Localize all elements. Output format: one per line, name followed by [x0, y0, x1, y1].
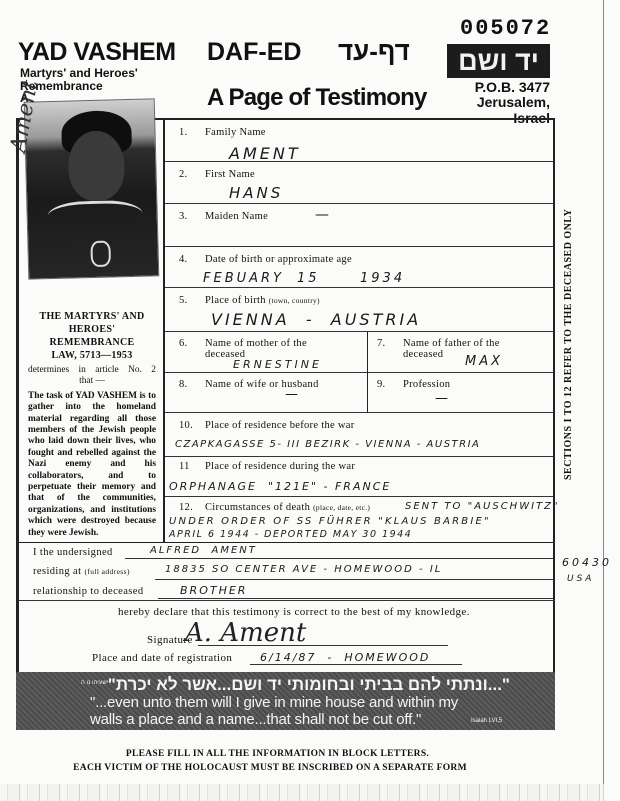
footer-instruction-1: PLEASE FILL IN ALL THE INFORMATION IN BL…	[0, 749, 555, 759]
death-circumstances-line-1: SENT TO "AUSCHWITZ"	[405, 501, 560, 512]
field-divider	[367, 332, 368, 373]
address-country: USA	[567, 574, 594, 584]
quote-english-line-2: walls a place and a name...that shall no…	[90, 711, 421, 728]
field-maiden-name[interactable]: 3.Maiden Name —	[165, 204, 553, 246]
relationship-label: relationship to deceased	[33, 586, 143, 597]
page-edge	[603, 0, 604, 801]
maiden-name-value: —	[315, 207, 332, 223]
undersigned-label: I the undersigned	[33, 547, 113, 558]
declaration-top-border	[18, 542, 555, 543]
place-of-birth-value: VIENNA - AUSTRIA	[211, 310, 421, 329]
field-residence-before-war[interactable]: 10.Place of residence before the war CZA…	[165, 413, 553, 457]
field-number: 3.	[179, 211, 205, 222]
death-circumstances-line-3: APRIL 6 1944 - DEPORTED MAY 30 1944	[169, 529, 412, 540]
field-number: 12.	[179, 502, 205, 513]
field-label: Circumstances of death	[205, 502, 310, 513]
quote-english-reference: Isaiah LVI,5	[471, 718, 502, 724]
profession-value: —	[435, 391, 451, 406]
undersigned-input-line[interactable]	[125, 558, 553, 559]
field-number: 2.	[179, 169, 205, 180]
father-name-value: MAX	[465, 354, 503, 369]
dob-year-value: 1934	[360, 271, 405, 286]
field-label: Place of residence during the war	[205, 461, 355, 472]
spouse-value: —	[285, 387, 301, 402]
victim-photo	[24, 98, 160, 279]
field-profession-label: 9.Profession	[377, 379, 450, 390]
serial-number: 005072	[460, 16, 551, 41]
undersigned-value: ALFRED AMENT	[150, 545, 257, 556]
field-circumstances-of-death[interactable]: 12.Circumstances of death (place, date, …	[165, 497, 553, 542]
field-number: 7.	[377, 338, 403, 349]
yad-vashem-logo: יד ושם	[447, 44, 550, 78]
field-label-note: (place, date, etc.)	[313, 503, 370, 512]
law-title-3: LAW, 5713—1953	[28, 349, 156, 362]
field-first-name[interactable]: 2.First Name HANS	[165, 162, 553, 204]
field-number: 4.	[179, 254, 205, 265]
law-body: The task of YAD VASHEM is to gather into…	[28, 391, 156, 539]
side-note: SECTIONS I TO 12 REFER TO THE DECEASED O…	[563, 190, 585, 480]
field-label: First Name	[205, 169, 255, 180]
form-name: DAF-ED	[207, 38, 301, 67]
law-determines: determines in article No. 2	[28, 365, 156, 376]
field-place-of-birth[interactable]: 5.Place of birth (town, country) VIENNA …	[165, 288, 553, 332]
law-title-2: HEROES' REMEMBRANCE	[28, 323, 156, 349]
mother-name-value: ERNESTINE	[233, 358, 322, 371]
field-residence-during-war[interactable]: 11Place of residence during the war ORPH…	[165, 457, 553, 497]
po-box: P.O.B. 3477	[460, 79, 550, 95]
address-input-line[interactable]	[155, 579, 553, 580]
relationship-value: BROTHER	[180, 584, 247, 597]
field-number: 9.	[377, 379, 403, 390]
quote-hebrew: "...ונתתי להם בביתי ובחומותי יד ושם...אש…	[108, 675, 510, 695]
field-number: 11	[179, 461, 205, 472]
death-circumstances-line-2: UNDER ORDER OF SS FÜHRER "KLAUS BARBIE"	[169, 516, 491, 527]
scan-noise	[0, 784, 604, 801]
registration-value: 6/14/87 - HOMEWOOD	[260, 651, 430, 664]
field-number: 8.	[179, 379, 205, 390]
form-name-hebrew: דף-עד	[338, 36, 410, 67]
quote-band: "...ונתתי להם בביתי ובחומותי יד ושם...אש…	[16, 672, 555, 730]
page-title: A Page of Testimony	[207, 84, 427, 112]
law-that: that —	[28, 376, 156, 387]
field-label: Family Name	[205, 127, 266, 138]
photo-bow	[90, 241, 111, 268]
org-name: YAD VASHEM	[18, 38, 176, 67]
footer-instruction-2: EACH VICTIM OF THE HOLOCAUST MUST BE INS…	[0, 763, 540, 773]
field-date-of-birth[interactable]: 4.Date of birth or approximate age FEBUA…	[165, 246, 553, 288]
dob-day-value: 15	[297, 271, 320, 286]
address-label: residing at (full address)	[33, 566, 130, 577]
photo-sailor-collar	[47, 200, 143, 237]
field-divider	[367, 373, 368, 413]
dob-month-value: FEBUARY	[203, 271, 284, 286]
law-text: THE MARTYRS' AND HEROES' REMEMBRANCE LAW…	[28, 310, 156, 539]
declaration-statement: hereby declare that this testimony is co…	[118, 606, 470, 618]
quote-hebrew-reference: ישעיהו נו ה	[81, 680, 108, 686]
field-mother-label: 6.Name of mother of thedeceased	[179, 338, 307, 360]
residence-during-war-value: ORPHANAGE "121E" - FRANCE	[169, 480, 391, 493]
registration-input-line[interactable]	[250, 664, 462, 665]
relationship-input-line[interactable]	[158, 598, 553, 599]
registration-label: Place and date of registration	[92, 652, 232, 664]
field-label: Date of birth or approximate age	[205, 254, 352, 265]
address-value: 18835 SO CENTER AVE - HOMEWOOD - IL	[165, 564, 442, 575]
law-title-1: THE MARTYRS' AND	[28, 310, 156, 323]
family-name-value: AMENT	[229, 144, 301, 163]
field-spouse-profession-row: 8.Name of wife or husband — 9.Profession…	[165, 373, 553, 413]
field-label: Place of birth	[205, 295, 266, 306]
address-zip: 60430	[562, 556, 612, 569]
field-number: 5.	[179, 295, 205, 306]
org-subtitle-1: Martyrs' and Heroes'	[20, 67, 138, 79]
field-label-note: (town, country)	[269, 296, 320, 305]
field-number: 6.	[179, 338, 205, 349]
first-name-value: HANS	[229, 184, 283, 202]
declaration-divider	[18, 600, 555, 601]
signature-value: A. Ament	[185, 618, 306, 648]
residence-before-war-value: CZAPKAGASSE 5- III BEZIRK - VIENNA - AUS…	[175, 439, 480, 450]
field-parents-row: 6.Name of mother of thedeceased ERNESTIN…	[165, 332, 553, 373]
field-family-name[interactable]: 1.Family Name AMENT	[165, 120, 553, 162]
field-label: Maiden Name	[205, 211, 268, 222]
field-number: 10.	[179, 420, 205, 431]
quote-english-line-1: "...even unto them will I give in mine h…	[90, 694, 458, 711]
field-number: 1.	[179, 127, 205, 138]
field-label: Place of residence before the war	[205, 420, 355, 431]
